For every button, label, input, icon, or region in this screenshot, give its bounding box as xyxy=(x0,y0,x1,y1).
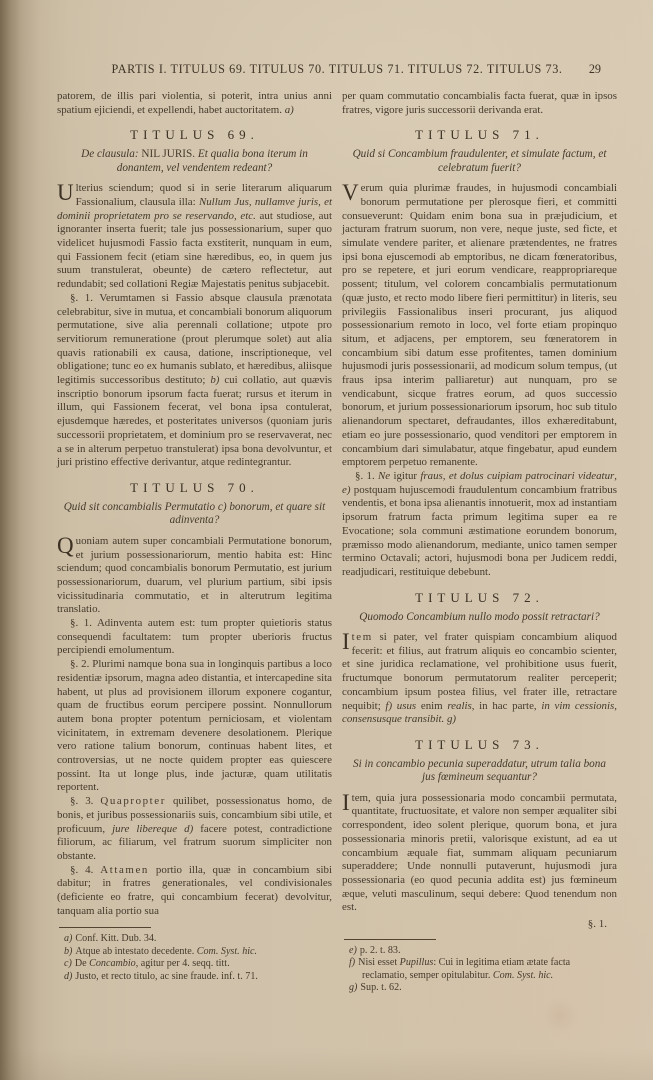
heading-titulus-70: TITULUS 70. xyxy=(57,480,332,496)
footnote-text: Atque ab intestato decedente. Com. Syst.… xyxy=(75,946,257,957)
running-header-title: PARTIS I. TITULUS 69. TITULUS 70. TITULU… xyxy=(111,62,562,76)
footnote-c: c)De Concambio, agitur per 4. seqq. titt… xyxy=(57,958,332,970)
footnote-text: Sup. t. 62. xyxy=(360,982,401,993)
footnote-f: f)Nisi esset Pupillus: Cui in legitima e… xyxy=(342,957,617,982)
footnote-b: b)Atque ab intestato decedente. Com. Sys… xyxy=(57,946,332,958)
paragraph-titulus-70-section-3: §. 3. Quapropter quilibet, possessionatu… xyxy=(57,795,332,864)
footnote-text: Justo, et recto titulo, ac sine fraude. … xyxy=(75,971,257,982)
paragraph-continuation: per quam commutatio concambialis facta f… xyxy=(342,90,617,117)
footnote-label: a) xyxy=(64,933,75,944)
heading-titulus-69: TITULUS 69. xyxy=(57,127,332,143)
footnotes-right: e)p. 2. t. 83. f)Nisi esset Pupillus: Cu… xyxy=(342,939,617,995)
footnote-a: a)Conf. Kitt. Dub. 34. xyxy=(57,933,332,945)
page-number: 29 xyxy=(589,62,601,77)
footnote-label: d) xyxy=(64,971,75,982)
footnotes-left: a)Conf. Kitt. Dub. 34. b)Atque ab intest… xyxy=(57,927,332,983)
paragraph-titulus-70-section-2: §. 2. Plurimi namque bona sua in longinq… xyxy=(57,658,332,795)
paragraph-continuation: patorem, de illis pari violentia, si pot… xyxy=(57,90,332,117)
footnote-d: d)Justo, et recto titulo, ac sine fraude… xyxy=(57,971,332,983)
paragraph-titulus-73-main: Item, quia jura possessionaria modo conc… xyxy=(342,792,617,915)
footnote-label: f) xyxy=(349,957,358,968)
catchword: §. 1. xyxy=(342,918,607,930)
footnote-text: De Concambio, agitur per 4. seqq. titt. xyxy=(75,958,230,969)
subheading-titulus-69: De clausula: NIL JURIS. Et qualia bona i… xyxy=(61,148,328,175)
heading-titulus-73: TITULUS 73. xyxy=(342,737,617,753)
footnote-text: Conf. Kitt. Dub. 34. xyxy=(75,933,156,944)
book-page-scan: PARTIS I. TITULUS 69. TITULUS 70. TITULU… xyxy=(0,0,653,1080)
footnote-label: g) xyxy=(349,982,360,993)
left-column: patorem, de illis pari violentia, si pot… xyxy=(57,90,332,983)
paragraph-titulus-70-section-4: §. 4. Attamen portio illa, quæ in concam… xyxy=(57,864,332,919)
footnote-e: e)p. 2. t. 83. xyxy=(342,945,617,957)
running-header: PARTIS I. TITULUS 69. TITULUS 70. TITULU… xyxy=(57,0,617,77)
right-column: per quam commutatio concambialis facta f… xyxy=(342,90,617,995)
footnote-g: g)Sup. t. 62. xyxy=(342,982,617,994)
footnote-text: Nisi esset Pupillus: Cui in legitima eti… xyxy=(358,957,570,980)
footnote-label: b) xyxy=(64,946,75,957)
text-columns: patorem, de illis pari violentia, si pot… xyxy=(57,90,617,995)
paragraph-titulus-69-section-1: §. 1. Verumtamen si Fassio absque clausu… xyxy=(57,292,332,470)
subheading-titulus-70: Quid sit concambialis Permutatio c) bono… xyxy=(61,501,328,528)
heading-titulus-72: TITULUS 72. xyxy=(342,590,617,606)
footnote-rule xyxy=(344,939,436,940)
subheading-titulus-71: Quid si Concambium fraudulenter, et simu… xyxy=(346,148,613,175)
subheading-titulus-73: Si in concambio pecunia superaddatur, ut… xyxy=(346,758,613,785)
heading-titulus-71: TITULUS 71. xyxy=(342,127,617,143)
subheading-titulus-72: Quomodo Concambium nullo modo possit ret… xyxy=(346,611,613,624)
paragraph-titulus-70-section-1: §. 1. Adinventa autem est: tum propter q… xyxy=(57,617,332,658)
footnote-rule xyxy=(59,927,151,928)
paragraph-titulus-70-main: Quoniam autem super concambiali Permutat… xyxy=(57,535,332,617)
footnote-text: p. 2. t. 83. xyxy=(360,945,401,956)
footnote-label: e) xyxy=(349,945,360,956)
paragraph-titulus-72-main: Item si pater, vel frater quispiam conca… xyxy=(342,631,617,727)
paragraph-titulus-71-section-1: §. 1. Ne igitur fraus, et dolus cuipiam … xyxy=(342,470,617,580)
paragraph-titulus-71-main: Verum quia plurimæ fraudes, in hujusmodi… xyxy=(342,182,617,470)
footnote-label: c) xyxy=(64,958,75,969)
paragraph-titulus-69-main: Ulterius sciendum; quod si in serie lite… xyxy=(57,182,332,292)
